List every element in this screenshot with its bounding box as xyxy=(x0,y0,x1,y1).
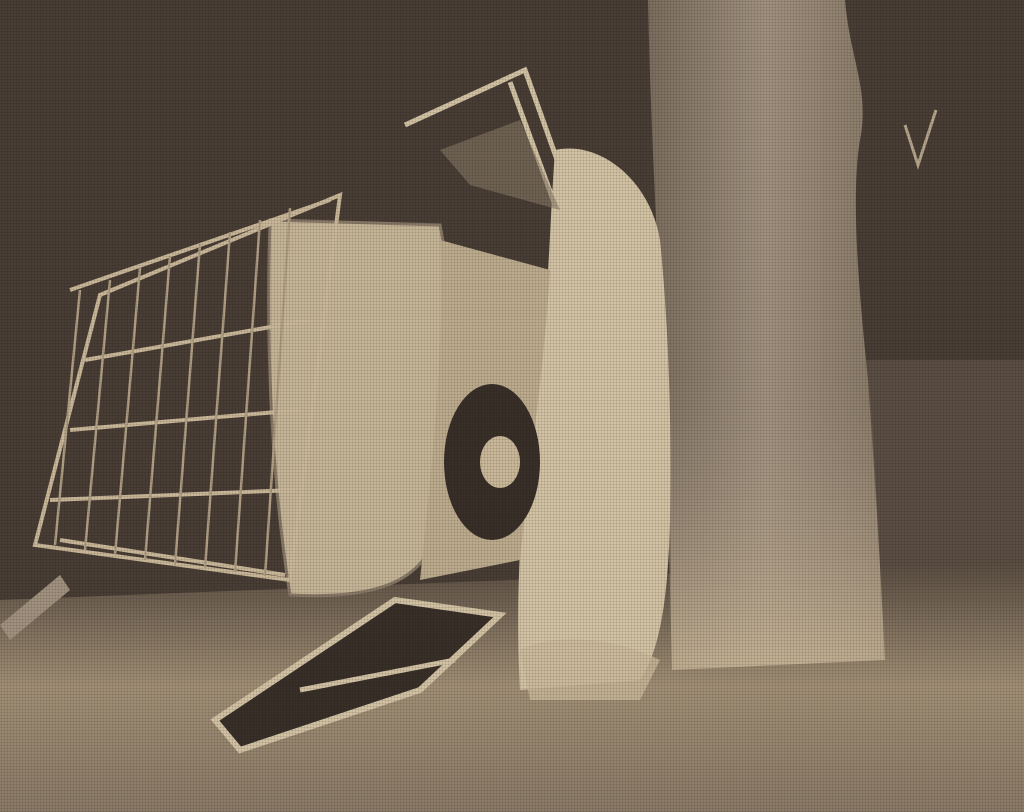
wreck-scene xyxy=(0,0,1024,812)
newspaper-photo xyxy=(0,0,1024,812)
spare-tire-hub xyxy=(480,436,520,488)
background-foliage xyxy=(860,360,1024,590)
tree-trunk-lower xyxy=(665,380,885,670)
